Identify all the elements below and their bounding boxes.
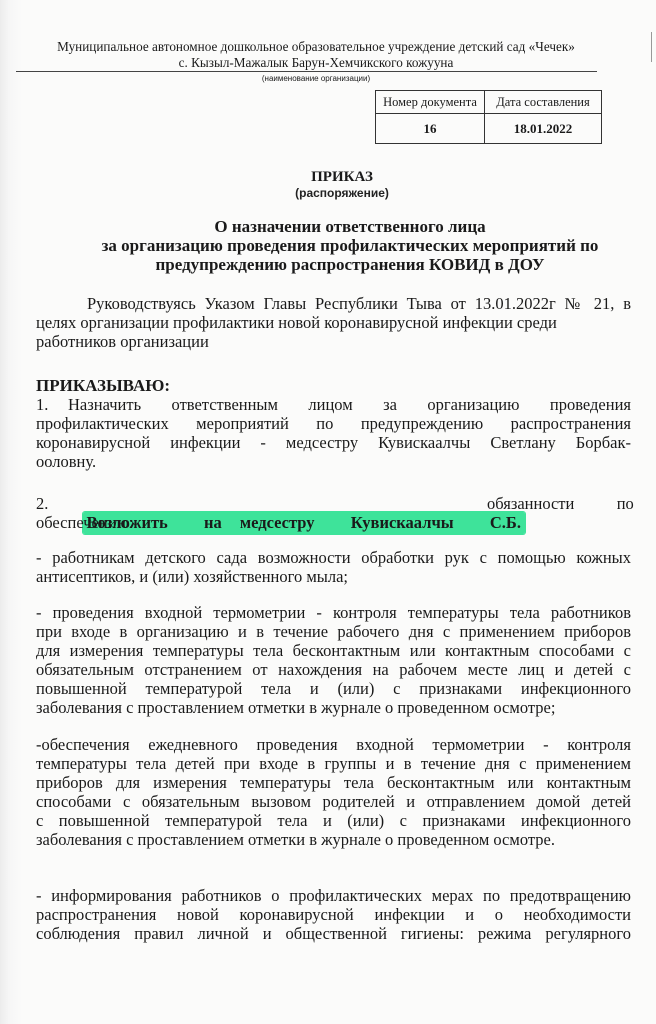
item2-line: обеспечению: — [36, 513, 631, 532]
bullet-line: - информирования работников о профилакти… — [36, 886, 631, 905]
item2-rest: обязанности по — [487, 494, 631, 513]
doc-date-value: 18.01.2022 — [485, 114, 602, 144]
item-number: 2. — [36, 494, 66, 513]
organization-underline — [16, 71, 597, 72]
doc-number-value: 16 — [376, 114, 485, 144]
scan-shadow — [0, 0, 22, 1024]
bullet-line: повышенной температурой тела и (или) с п… — [36, 679, 631, 698]
scan-mark — [651, 32, 652, 62]
bullet-line: с повышенной температурой тела и (или) с… — [36, 811, 631, 830]
item1-line: ооловну. — [36, 452, 631, 471]
order-type: ПРИКАЗ — [0, 169, 656, 186]
order-title-line: за организацию проведения профилактическ… — [60, 236, 640, 256]
bullet-line: - проведения входной термометрии - контр… — [36, 603, 631, 622]
preamble-line: Руководствуясь Указом Главы Республики Т… — [87, 294, 631, 313]
bullet-line: для измерения температуры тела бесконтак… — [36, 641, 631, 660]
item1-line: Назначить ответственным лицом за организ… — [68, 395, 631, 414]
order-command: ПРИКАЗЫВАЮ: — [36, 376, 170, 396]
bullet-line: приборов для измерения температуры тела … — [36, 773, 631, 792]
document-page: Муниципальное автономное дошкольное обра… — [0, 0, 656, 1024]
bullet-line: температуры тела детей при входе в групп… — [36, 754, 631, 773]
order-title-line: предупреждению распространения КОВИД в Д… — [60, 255, 640, 275]
bullet-line: при входе в организацию и в течение рабо… — [36, 622, 631, 641]
organization-caption: (наименование организации) — [36, 74, 596, 83]
preamble-line: работников организации — [36, 332, 631, 351]
bullet-line: -обеспечения ежедневного проведения вход… — [36, 735, 631, 754]
bullet-line: заболевания с проставлением отметки в жу… — [36, 698, 631, 717]
bullet-line: распространения новой коронавирусной инф… — [36, 905, 631, 924]
order-subtype: (распоряжение) — [0, 186, 656, 200]
item1-line: профилактических мероприятий по предупре… — [36, 414, 631, 433]
bullet-line: - работникам детского сада возможности о… — [36, 548, 631, 567]
bullet-line: обязательным отстранением от нахождения … — [36, 660, 631, 679]
item1-line: коронавирусной инфекции - медсестру Куви… — [36, 433, 631, 452]
bullet-line: заболевания с проставлением отметки в жу… — [36, 830, 631, 849]
order-title-line: О назначении ответственного лица — [60, 217, 640, 237]
organization-name: Муниципальное автономное дошкольное обра… — [36, 39, 596, 55]
bullet-line: соблюдения правил личной и общественной … — [36, 924, 631, 943]
bullet-line: антисептиков, и (или) хозяйственного мыл… — [36, 567, 631, 586]
bullet-line: способами с обязательным вызовом родител… — [36, 792, 631, 811]
preamble-line: целях организации профилактики новой кор… — [36, 313, 631, 332]
doc-number-header: Номер документа — [376, 91, 485, 114]
document-info-table: Номер документа Дата составления 16 18.0… — [375, 90, 602, 144]
organization-location: с. Кызыл-Мажалык Барун-Хемчикского кожуу… — [36, 55, 596, 71]
doc-date-header: Дата составления — [485, 91, 602, 114]
